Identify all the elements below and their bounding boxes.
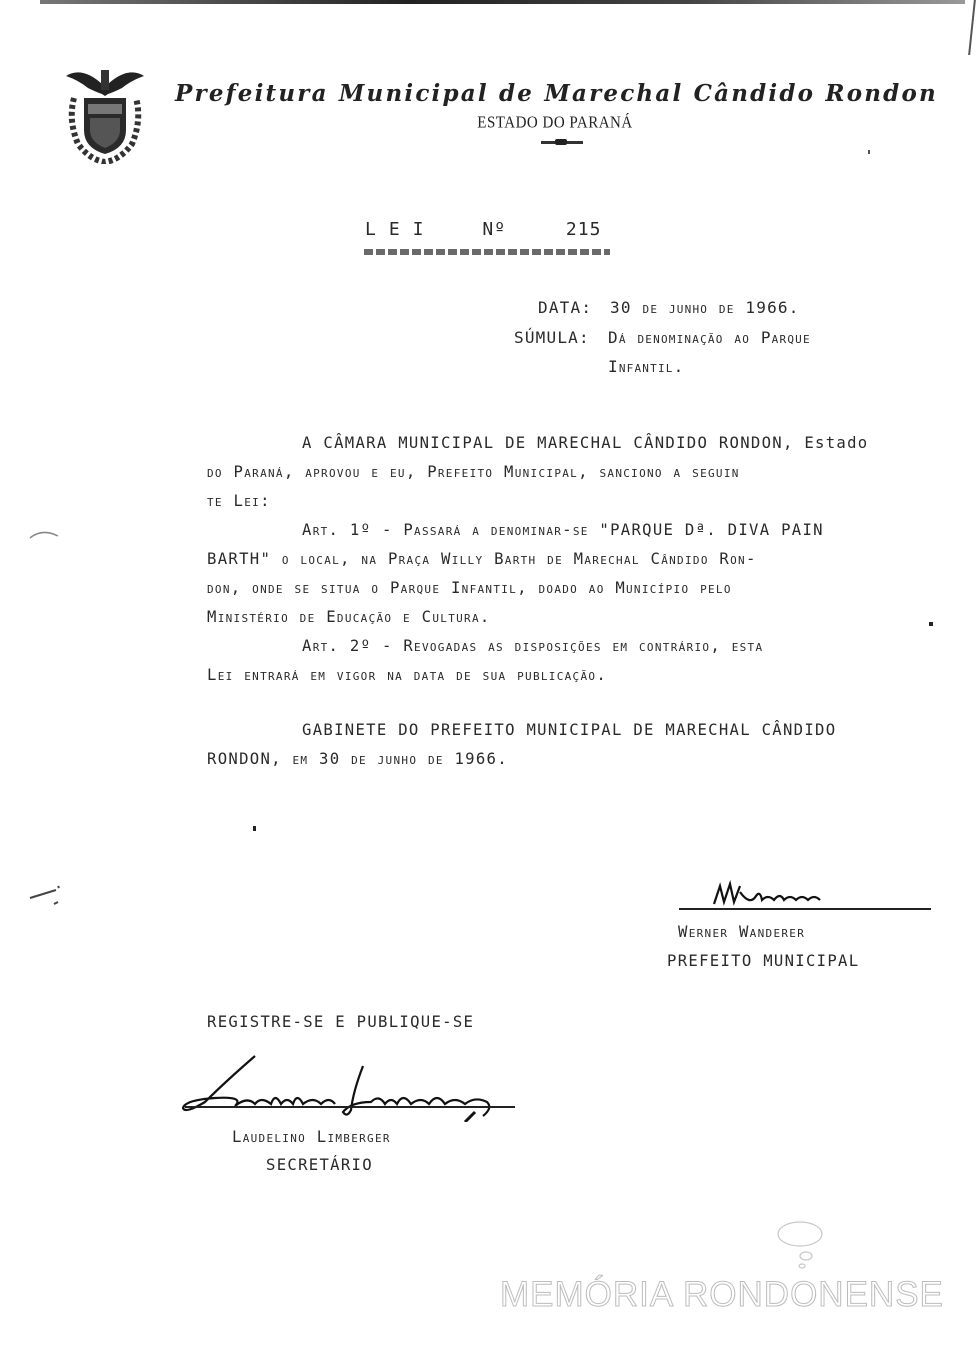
article-1-line-4: Ministério de Educação e Cultura. — [207, 603, 491, 632]
mayor-name: Werner Wanderer — [678, 918, 805, 947]
preamble-line-1: A CÂMARA MUNICIPAL DE MARECHAL CÂNDIDO R… — [302, 429, 868, 458]
law-number: 215 — [566, 219, 602, 240]
scan-speck — [253, 826, 256, 831]
scan-right-edge — [965, 0, 976, 55]
article-1-line-1: Art. 1º - Passará a denominar-se "PARQUE… — [302, 516, 824, 545]
scanned-law-document: Prefeitura Municipal de Marechal Cândido… — [0, 0, 980, 1348]
law-number-label: Nº — [482, 219, 506, 240]
mayor-signature-line — [679, 908, 931, 910]
mayor-title: PREFEITO MUNICIPAL — [667, 947, 859, 976]
closing-line-1: GABINETE DO PREFEITO MUNICIPAL DE MARECH… — [302, 716, 836, 745]
article-1-line-3: don, onde se situa o Parque Infantil, do… — [207, 574, 732, 603]
secretary-signature-line — [185, 1106, 515, 1108]
watermark: MEMÓRIA RONDONENSE — [500, 1275, 944, 1315]
law-label: LEI — [365, 219, 437, 240]
summary-value: Dá denominação ao Parque — [608, 328, 811, 347]
scan-speck — [28, 526, 64, 542]
registration-text: REGISTRE-SE E PUBLIQUE-SE — [207, 1008, 474, 1037]
secretary-title: SECRETÁRIO — [266, 1151, 373, 1180]
letterhead-title: Prefeitura Municipal de Marechal Cândido… — [175, 80, 935, 107]
scan-speck — [868, 150, 870, 154]
scan-speck — [28, 880, 68, 910]
date-value: 30 de junho de 1966. — [610, 298, 800, 317]
article-1-line-2: BARTH" o local, na Praça Willy Barth de … — [207, 545, 757, 574]
summary-value-continued: Infantil. — [608, 357, 684, 376]
preamble-line-2: do Paraná, aprovou e eu, Prefeito Munici… — [207, 458, 740, 487]
title-underline — [364, 249, 610, 255]
closing-line-2: RONDON, em 30 de junho de 1966. — [207, 745, 508, 774]
secretary-signature — [175, 1052, 525, 1122]
article-2-line-1: Art. 2º - Revogadas as disposições em co… — [302, 632, 763, 661]
mayor-signature — [710, 880, 850, 910]
scan-top-edge — [40, 0, 965, 4]
summary-label: SÚMULA: — [514, 328, 590, 347]
thought-bubble-icon — [776, 1220, 826, 1272]
letterhead-state: ESTADO DO PARANÁ — [430, 114, 680, 133]
law-title: LEI Nº 215 — [365, 219, 601, 240]
letterhead-ornament — [541, 141, 583, 144]
secretary-name: Laudelino Limberger — [232, 1123, 391, 1152]
scan-speck — [929, 622, 933, 626]
article-2-line-2: Lei entrará em vigor na data de sua publ… — [207, 661, 607, 690]
parana-coat-of-arms-icon — [62, 64, 148, 164]
date-label: DATA: — [538, 298, 592, 317]
preamble-line-3: te Lei: — [207, 487, 271, 516]
